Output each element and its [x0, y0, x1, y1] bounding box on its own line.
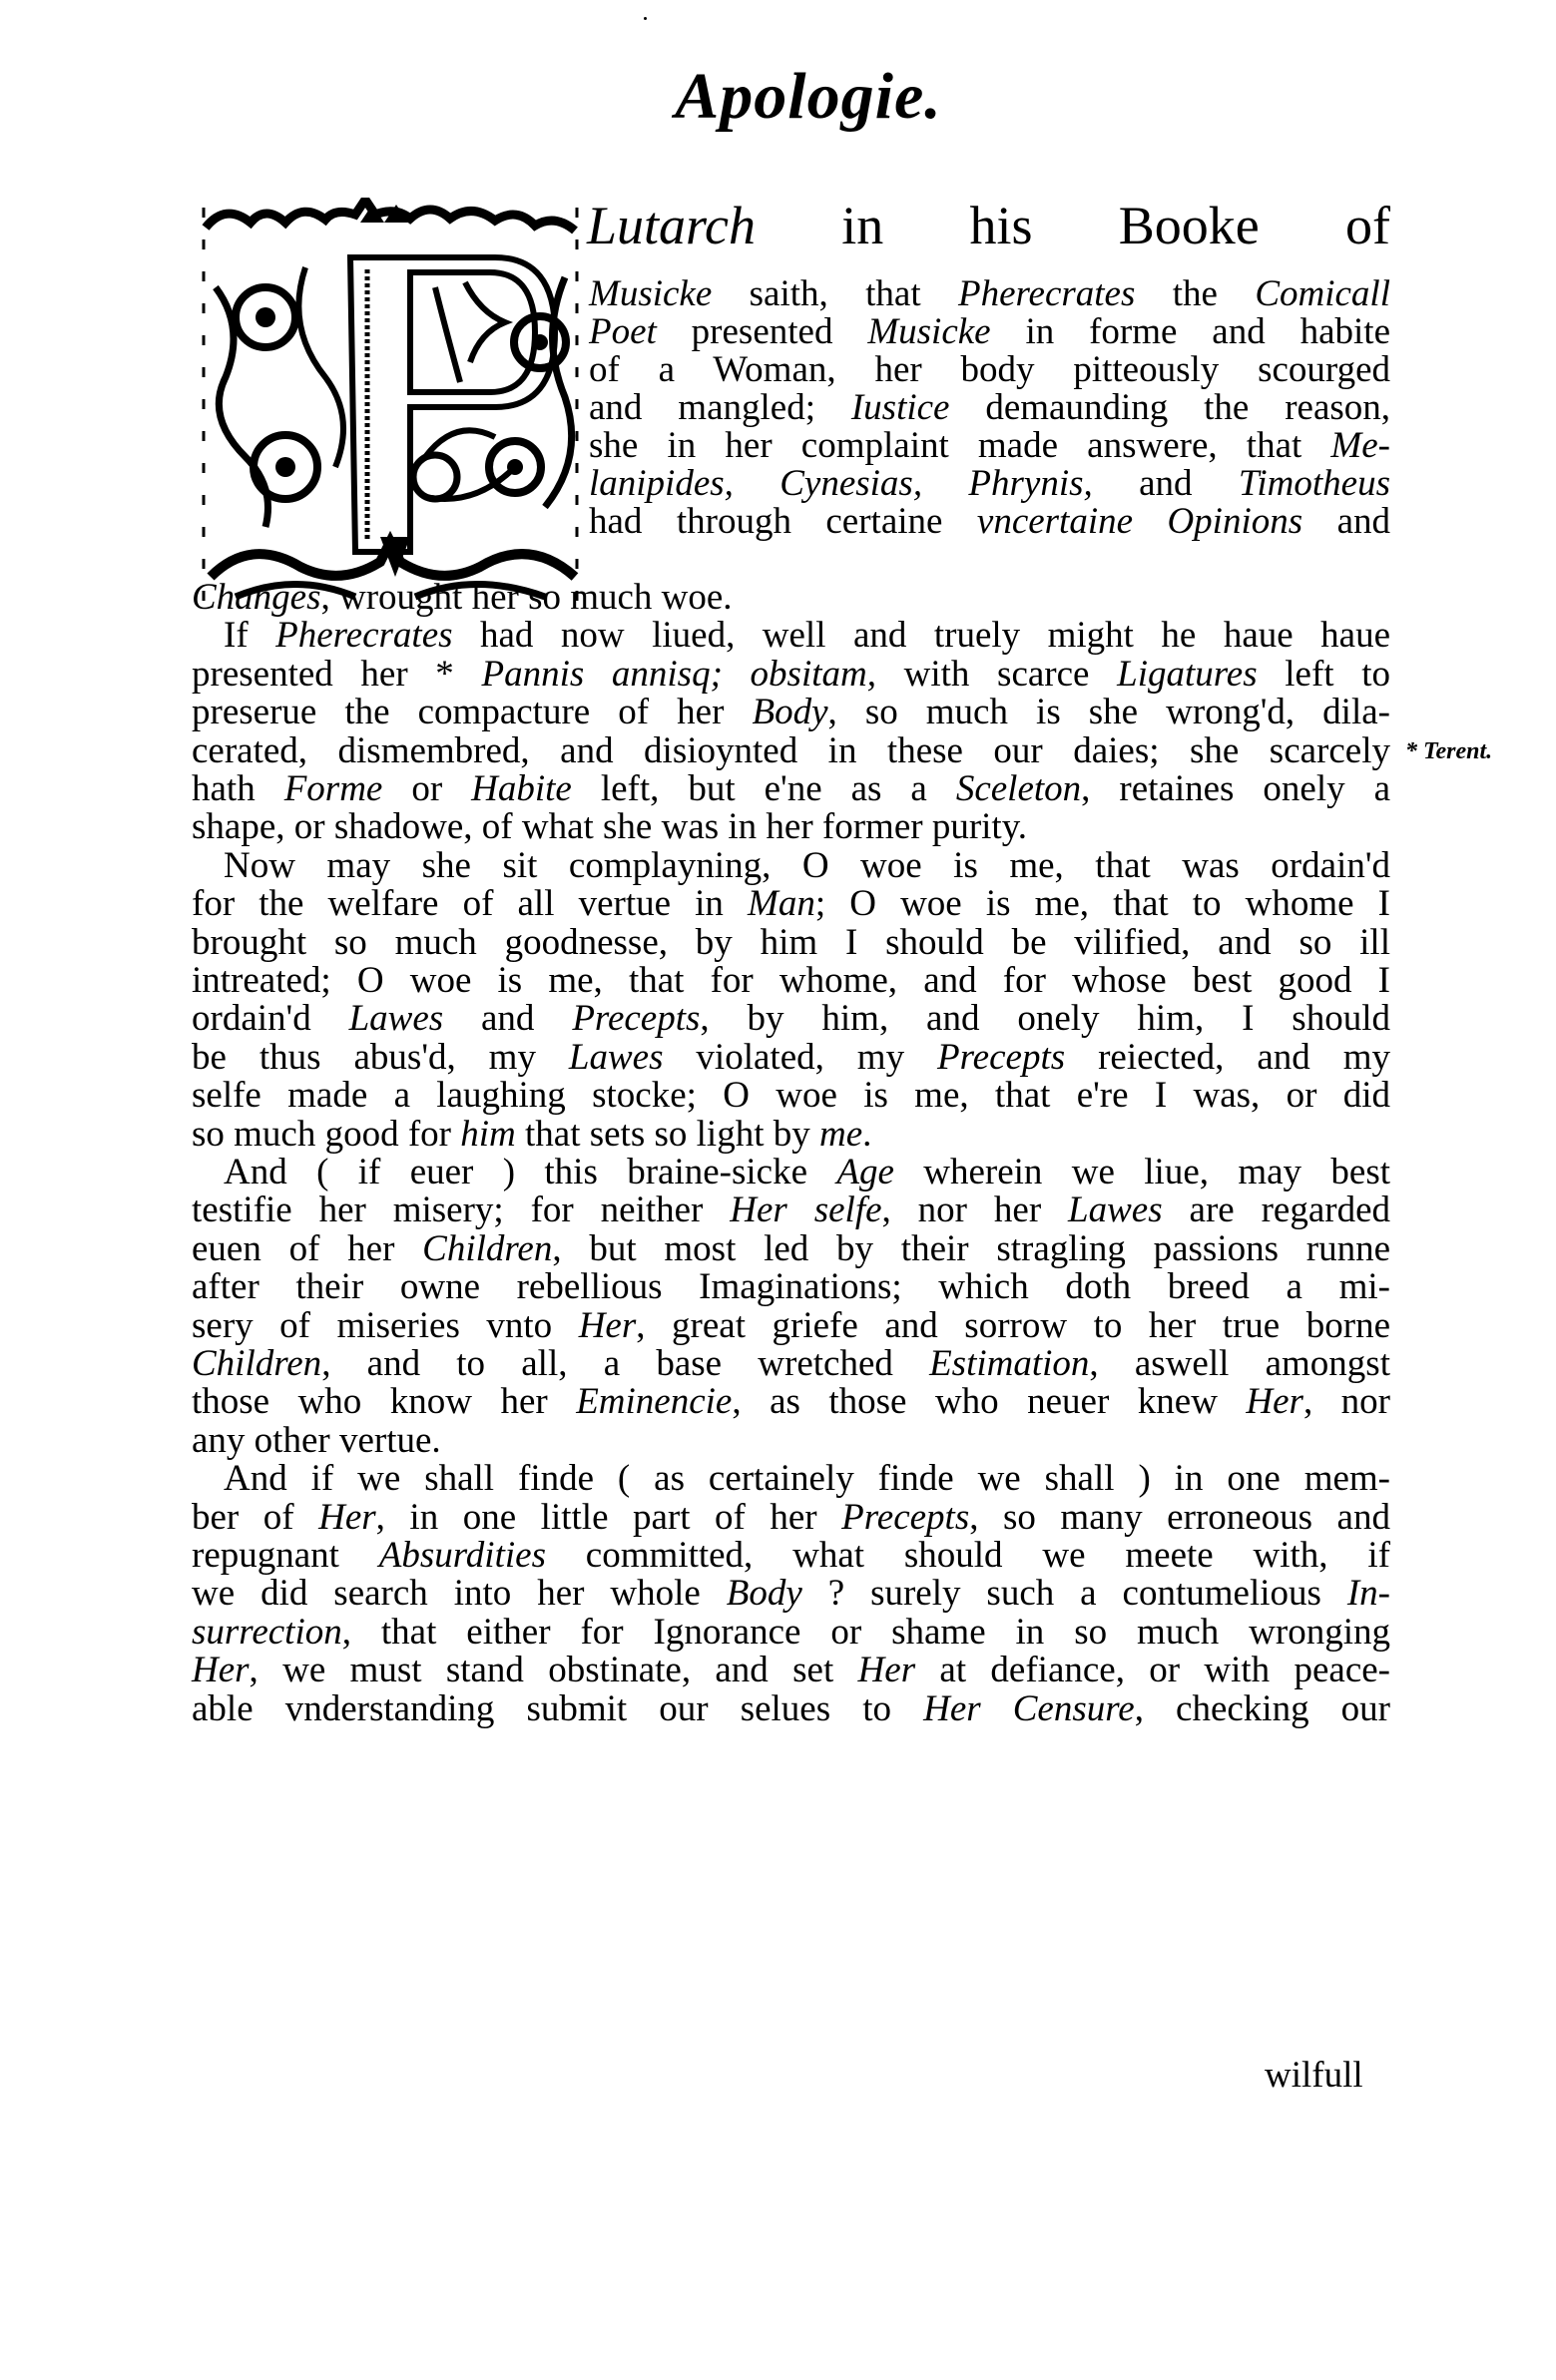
- text-line: euen of her Children, but most led by th…: [192, 1229, 1390, 1269]
- text-line: of a Woman, her body pitteously scourged: [589, 350, 1390, 390]
- roman-text: and: [443, 998, 572, 1039]
- roman-text: and: [1302, 501, 1390, 542]
- text-line: brought so much goodnesse, by him I shou…: [192, 923, 1390, 963]
- text-line: able vnderstanding submit our selues to …: [192, 1689, 1390, 1729]
- roman-text: ; O woe is me, that to whome I: [815, 883, 1390, 924]
- roman-text: , wrought her so much woe.: [321, 577, 733, 618]
- text-line: selfe made a laughing stocke; O woe is m…: [192, 1076, 1390, 1116]
- roman-text: , nor her: [882, 1190, 1069, 1230]
- text-line: presented her * Pannis annisq; obsitam, …: [192, 655, 1390, 695]
- italic-text: Man: [748, 883, 815, 924]
- roman-text: had through certaine: [589, 501, 977, 542]
- italic-text: Her: [192, 1650, 250, 1690]
- text-line: Musicke saith, that Pherecrates the Comi…: [589, 274, 1390, 314]
- text-line: for the welfare of all vertue in Man; O …: [192, 884, 1390, 924]
- italic-text: Her selfe: [730, 1190, 881, 1230]
- roman-text: intreated; O woe is me, that for whome, …: [192, 960, 1390, 1001]
- catchword: wilfull: [1265, 2056, 1363, 2096]
- roman-text: are regarded: [1163, 1190, 1390, 1230]
- italic-text: Precepts: [841, 1497, 969, 1538]
- roman-text: , but most led by their stragling passio…: [552, 1228, 1390, 1269]
- roman-text: , in one little part of her: [376, 1497, 842, 1538]
- roman-text: left to: [1258, 654, 1390, 695]
- text-line: Her, we must stand obstinate, and set He…: [192, 1651, 1390, 1690]
- roman-text: the: [1135, 273, 1255, 314]
- italic-text: Precepts: [937, 1037, 1065, 1078]
- italic-text: Lawes: [1068, 1190, 1163, 1230]
- margin-note-text: Terent.: [1423, 738, 1492, 764]
- roman-text: If: [224, 615, 275, 656]
- roman-text: of a Woman, her body pitteously scourged: [589, 349, 1390, 390]
- text-line: repugnant Absurdities committed, what sh…: [192, 1536, 1390, 1576]
- roman-text: had now liued, well and truely might he …: [453, 615, 1390, 656]
- roman-text: .: [862, 1114, 871, 1155]
- text-line: we did search into her whole Body ? sure…: [192, 1574, 1390, 1614]
- roman-text: , by him, and onely him, I should: [700, 998, 1390, 1039]
- text-line: cerated, dismembred, and disioynted in t…: [192, 731, 1390, 771]
- roman-text: in forme and habite: [991, 311, 1390, 352]
- italic-text: Musicke: [867, 311, 990, 352]
- italic-text: Musicke: [589, 273, 712, 314]
- roman-text: those who know her: [192, 1381, 576, 1422]
- italic-text: lanipides, Cynesias, Phrynis,: [589, 463, 1093, 504]
- italic-text: Children: [192, 1343, 321, 1384]
- italic-text: Poet: [589, 311, 657, 352]
- text-line: after their owne rebellious Imaginations…: [192, 1267, 1390, 1307]
- italic-text: vncertaine Opinions: [977, 501, 1302, 542]
- roman-text: preserue the compacture of her: [192, 692, 752, 732]
- roman-text: left, but e'ne as a: [572, 768, 956, 809]
- italic-text: Precepts: [572, 998, 700, 1039]
- roman-text: testifie her misery; for neither: [192, 1190, 730, 1230]
- text-line: and mangled; Iustice demaunding the reas…: [589, 388, 1390, 428]
- roman-text: any other vertue.: [192, 1420, 441, 1461]
- italic-text: Her: [318, 1497, 376, 1538]
- page-title: Apologie.: [639, 52, 978, 142]
- roman-text: repugnant: [192, 1535, 379, 1576]
- text-line: sery of miseries vnto Her, great griefe …: [192, 1306, 1390, 1346]
- italic-text: Eminencie: [576, 1381, 732, 1422]
- text-line: so much good for him that sets so light …: [192, 1115, 1390, 1155]
- roman-text: in his Booke of: [756, 196, 1390, 255]
- roman-text: be thus abus'd, my: [192, 1037, 569, 1078]
- italic-text: Lutarch: [587, 196, 756, 255]
- italic-text: Sceleton: [956, 768, 1081, 809]
- ornamental-initial-p-icon: [196, 198, 585, 615]
- roman-text: demaunding the reason,: [949, 387, 1390, 428]
- italic-text: Body: [752, 692, 827, 732]
- italic-text: Iustice: [851, 387, 950, 428]
- italic-text: him: [460, 1114, 516, 1155]
- roman-text: And if we shall finde ( as certainely fi…: [224, 1458, 1390, 1499]
- italic-text: Her Censure: [923, 1688, 1135, 1729]
- roman-text: hath: [192, 768, 284, 809]
- roman-text: presented: [657, 311, 868, 352]
- text-line: surrection, that either for Ignorance or…: [192, 1613, 1390, 1653]
- italic-text: Children: [422, 1228, 552, 1269]
- italic-text: Ligatures: [1117, 654, 1257, 695]
- text-line: ber of Her, in one little part of her Pr…: [192, 1498, 1390, 1538]
- italic-text: Pannis annisq; obsitam,: [481, 654, 876, 695]
- roman-text: we did search into her whole: [192, 1573, 727, 1614]
- roman-text: , nor: [1303, 1381, 1390, 1422]
- roman-text: presented her *: [192, 654, 481, 695]
- text-line: lanipides, Cynesias, Phrynis, and Timoth…: [589, 464, 1390, 504]
- roman-text: or: [382, 768, 471, 809]
- roman-text: so much good for: [192, 1114, 460, 1155]
- roman-text: selfe made a laughing stocke; O woe is m…: [192, 1075, 1390, 1116]
- text-line: And ( if euer ) this braine-sicke Age wh…: [192, 1153, 1390, 1192]
- roman-text: ? surely such a contumelious: [802, 1573, 1347, 1614]
- italic-text: Her: [579, 1305, 637, 1346]
- italic-text: Absurdities: [379, 1535, 546, 1576]
- italic-text: Me-: [1330, 425, 1390, 466]
- text-line: hath Forme or Habite left, but e'ne as a…: [192, 769, 1390, 809]
- text-line: shape, or shadowe, of what she was in he…: [192, 807, 1390, 847]
- roman-text: , checking our: [1135, 1688, 1390, 1729]
- text-line: had through certaine vncertaine Opinions…: [589, 502, 1390, 542]
- text-line: testifie her misery; for neither Her sel…: [192, 1190, 1390, 1230]
- text-line: Poet presented Musicke in forme and habi…: [589, 312, 1390, 352]
- italic-text: In-: [1347, 1573, 1390, 1614]
- roman-text: for the welfare of all vertue in: [192, 883, 748, 924]
- roman-text: , so many erroneous and: [969, 1497, 1390, 1538]
- roman-text: Now may she sit complayning, O woe is me…: [224, 845, 1390, 886]
- book-page: Apologie.: [0, 0, 1556, 2380]
- roman-text: and mangled;: [589, 387, 851, 428]
- italic-text: Habite: [471, 768, 572, 809]
- roman-text: shape, or shadowe, of what she was in he…: [192, 806, 1027, 847]
- roman-text: with scarce: [876, 654, 1117, 695]
- italic-text: Lawes: [349, 998, 444, 1039]
- roman-text: , aswell amongst: [1089, 1343, 1390, 1384]
- roman-text: brought so much goodnesse, by him I shou…: [192, 922, 1390, 963]
- text-line: ordain'd Lawes and Precepts, by him, and…: [192, 999, 1390, 1039]
- text-line: Changes, wrought her so much woe.: [192, 578, 1390, 618]
- text-line: Lutarch in his Booke of: [587, 196, 1390, 255]
- italic-text: Her: [1246, 1381, 1303, 1422]
- italic-text: Comicall: [1255, 273, 1390, 314]
- italic-text: Pherecrates: [958, 273, 1135, 314]
- text-line: And if we shall finde ( as certainely fi…: [192, 1459, 1390, 1499]
- roman-text: cerated, dismembred, and disioynted in t…: [192, 730, 1390, 771]
- roman-text: , great griefe and sorrow to her true bo…: [636, 1305, 1390, 1346]
- roman-text: she in her complaint made answere, that: [589, 425, 1330, 466]
- italic-text: Estimation: [929, 1343, 1089, 1384]
- text-line: intreated; O woe is me, that for whome, …: [192, 961, 1390, 1001]
- text-line: preserue the compacture of her Body, so …: [192, 693, 1390, 732]
- roman-text: , so much is she wrong'd, dila-: [828, 692, 1391, 732]
- italic-text: Age: [836, 1152, 894, 1192]
- text-line: any other vertue.: [192, 1421, 1390, 1461]
- italic-text: surrection: [192, 1612, 342, 1653]
- italic-text: Forme: [284, 768, 383, 809]
- roman-text: at defiance, or with peace-: [915, 1650, 1390, 1690]
- roman-text: committed, what should we meete with, if: [546, 1535, 1390, 1576]
- roman-text: and: [1093, 463, 1239, 504]
- asterisk-icon: *: [1405, 738, 1417, 764]
- text-line: Now may she sit complayning, O woe is me…: [192, 846, 1390, 886]
- italic-text: me: [819, 1114, 862, 1155]
- text-line: she in her complaint made answere, that …: [589, 426, 1390, 466]
- roman-text: able vnderstanding submit our selues to: [192, 1688, 923, 1729]
- roman-text: , that either for Ignorance or shame in …: [342, 1612, 1390, 1653]
- text-line: be thus abus'd, my Lawes violated, my Pr…: [192, 1038, 1390, 1078]
- roman-text: , retaines onely a: [1081, 768, 1390, 809]
- roman-text: violated, my: [663, 1037, 937, 1078]
- roman-text: ber of: [192, 1497, 318, 1538]
- roman-text: , as those who neuer knew: [732, 1381, 1246, 1422]
- roman-text: wherein we liue, may best: [894, 1152, 1390, 1192]
- roman-text: saith, that: [712, 273, 958, 314]
- roman-text: And ( if euer ) this braine-sicke: [224, 1152, 836, 1192]
- text-line: If Pherecrates had now liued, well and t…: [192, 616, 1390, 656]
- italic-text: Body: [727, 1573, 802, 1614]
- roman-text: , and to all, a base wretched: [321, 1343, 929, 1384]
- roman-text: , we must stand obstinate, and set: [250, 1650, 858, 1690]
- roman-text: euen of her: [192, 1228, 422, 1269]
- text-line: those who know her Eminencie, as those w…: [192, 1382, 1390, 1422]
- ink-speck: [644, 17, 647, 20]
- italic-text: Timotheus: [1239, 463, 1390, 504]
- roman-text: ordain'd: [192, 998, 349, 1039]
- roman-text: that sets so light by: [516, 1114, 819, 1155]
- roman-text: after their owne rebellious Imaginations…: [192, 1266, 1390, 1307]
- text-line: Children, and to all, a base wretched Es…: [192, 1344, 1390, 1384]
- roman-text: sery of miseries vnto: [192, 1305, 579, 1346]
- roman-text: reiected, and my: [1065, 1037, 1390, 1078]
- italic-text: Her: [858, 1650, 916, 1690]
- italic-text: Pherecrates: [275, 615, 452, 656]
- italic-text: Changes: [192, 577, 321, 618]
- italic-text: Lawes: [569, 1037, 664, 1078]
- margin-note: * Terent.: [1405, 738, 1492, 765]
